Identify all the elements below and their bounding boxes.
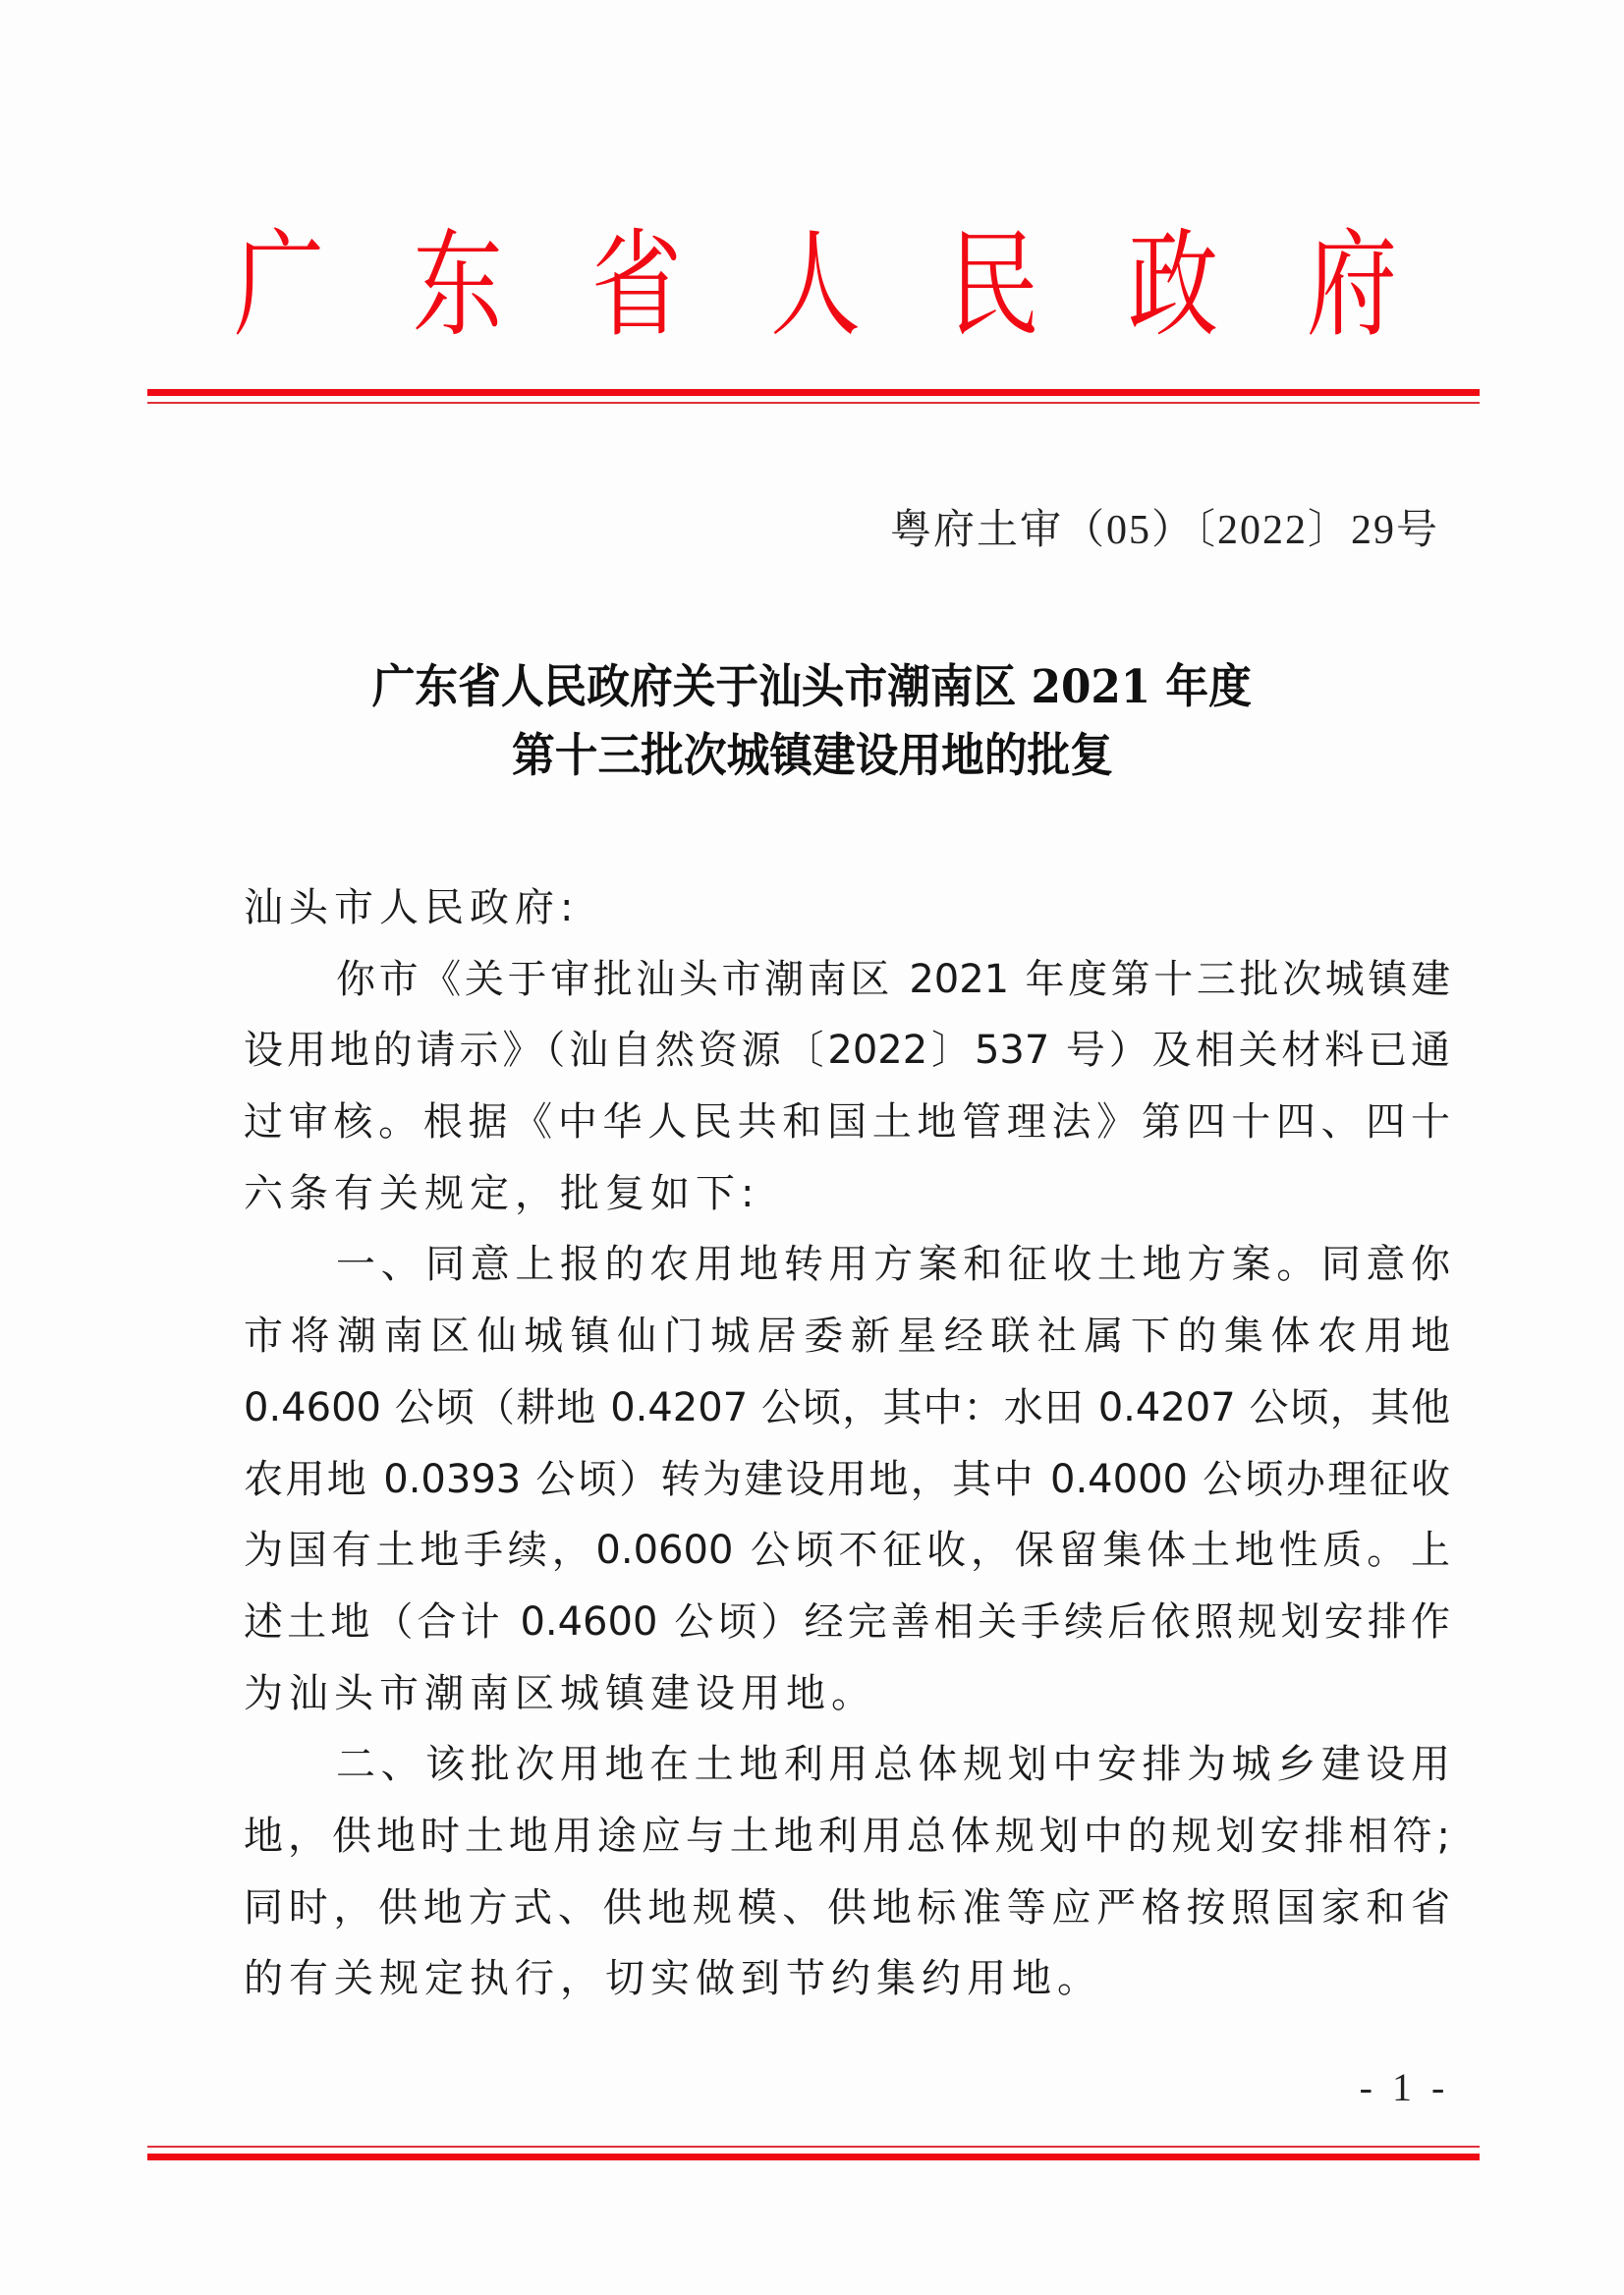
body-line: 六条有关规定，批复如下: bbox=[244, 1158, 1450, 1230]
document-body: 汕头市人民政府: 你市《关于审批汕头市潮南区 2021 年度第十三批次城镇建 设… bbox=[244, 872, 1450, 2015]
document-title-line-2: 第十三批次城镇建设用地的批复 bbox=[0, 725, 1624, 788]
masthead-char: 府 bbox=[1307, 221, 1397, 349]
masthead-char: 政 bbox=[1128, 221, 1218, 349]
body-line: 为国有土地手续，0.0600 公顷不征收，保留集体土地性质。上 bbox=[244, 1515, 1450, 1587]
title-text: 广东省人民政府关于汕头市潮南区 2021 年度 bbox=[372, 656, 1252, 719]
body-line: 地，供地时土地用途应与土地利用总体规划中的规划安排相符; bbox=[244, 1801, 1450, 1873]
body-line: 同时，供地方式、供地规模、供地标准等应严格按照国家和省 bbox=[244, 1873, 1450, 1944]
page-number: - 1 - bbox=[1328, 2063, 1476, 2112]
body-line: 的有关规定执行，切实做到节约集约用地。 bbox=[244, 1943, 1450, 2015]
masthead-title: 广 东 省 人 民 政 府 bbox=[221, 221, 1410, 349]
body-line: 一、同意上报的农用地转用方案和征收土地方案。同意你 bbox=[244, 1229, 1450, 1301]
masthead-char: 民 bbox=[949, 221, 1039, 349]
title-text: 第十三批次城镇建设用地的批复 bbox=[512, 725, 1113, 788]
masthead-char: 人 bbox=[770, 221, 861, 349]
body-line: 农用地 0.0393 公顷）转为建设用地，其中 0.4000 公顷办理征收 bbox=[244, 1444, 1450, 1516]
body-line: 述土地（合计 0.4600 公顷）经完善相关手续后依照规划安排作 bbox=[244, 1587, 1450, 1658]
body-line: 你市《关于审批汕头市潮南区 2021 年度第十三批次城镇建 bbox=[244, 944, 1450, 1016]
body-line: 为汕头市潮南区城镇建设用地。 bbox=[244, 1658, 1450, 1730]
body-line: 过审核。根据《中华人民共和国土地管理法》第四十四、四十 bbox=[244, 1087, 1450, 1158]
body-line: 市将潮南区仙城镇仙门城居委新星经联社属下的集体农用地 bbox=[244, 1301, 1450, 1372]
header-rule-thin bbox=[147, 402, 1480, 404]
masthead-char: 省 bbox=[591, 221, 682, 349]
masthead-char: 东 bbox=[413, 221, 503, 349]
header-rule-thick bbox=[147, 389, 1480, 396]
addressee: 汕头市人民政府: bbox=[244, 872, 1450, 944]
footer-rule-thin bbox=[147, 2146, 1480, 2148]
body-line: 设用地的请示》（汕自然资源〔2022〕537 号）及相关材料已通 bbox=[244, 1015, 1450, 1087]
body-line: 二、该批次用地在土地利用总体规划中安排为城乡建设用 bbox=[244, 1729, 1450, 1801]
document-number: 粤府土审（05）〔2022〕29号 bbox=[890, 501, 1439, 560]
body-line: 0.4600 公顷（耕地 0.4207 公顷，其中：水田 0.4207 公顷，其… bbox=[244, 1372, 1450, 1444]
masthead-char: 广 bbox=[234, 221, 324, 349]
footer-rule-thick bbox=[147, 2154, 1480, 2160]
document-title-line-1: 广东省人民政府关于汕头市潮南区 2021 年度 bbox=[0, 656, 1624, 719]
document-page: 广 东 省 人 民 政 府 粤府土审（05）〔2022〕29号 广东省人民政府关… bbox=[0, 0, 1624, 2295]
